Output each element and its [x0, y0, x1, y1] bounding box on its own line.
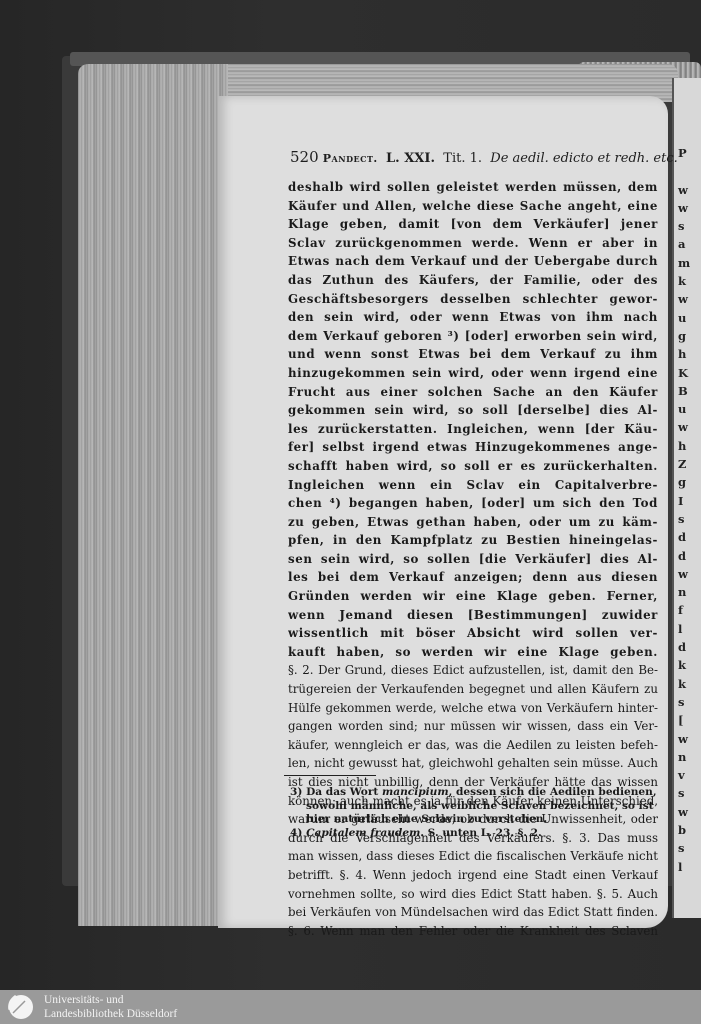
facing-page-fragment: s [678, 693, 690, 711]
facing-page-fragment: g [678, 473, 690, 491]
library-book-logo-icon [5, 993, 35, 1021]
text-line: pfen, in den Kampfplatz zu Bestien hinei… [288, 531, 658, 550]
facing-page-fragment: w [678, 565, 690, 583]
footnote-3-line-3: hier natürlich eine Sclavin zu verstehen… [290, 813, 656, 827]
library-footer: Universitäts- und Landesbibliothek Düsse… [0, 990, 701, 1024]
text-line: kauft haben, so werden wir eine Klage ge… [288, 643, 658, 662]
library-name-line-2: Landesbibliothek Düsseldorf [44, 1007, 177, 1021]
text-line: hinzugekommen sein wird, oder wenn irgen… [288, 364, 658, 383]
text-line: Etwas nach dem Verkauf und der Uebergabe… [288, 252, 658, 271]
facing-page-fragment: m [678, 254, 690, 272]
text-line: gekommen sein wird, so soll [derselbe] d… [288, 401, 658, 420]
facing-page-fragment: u [678, 309, 690, 327]
text-line: den sein wird, oder wenn Etwas von ihm n… [288, 308, 658, 327]
facing-page-fragment: n [678, 748, 690, 766]
facing-page-fragment: l [678, 620, 690, 638]
text-line: das Zuthun des Käufers, der Familie, ode… [288, 271, 658, 290]
text-line: schafft haben wird, so soll er es zurück… [288, 457, 658, 476]
facing-page-fragment: h [678, 345, 690, 363]
facing-page-fragment: w [678, 418, 690, 436]
facing-page-fragment: l [678, 858, 690, 876]
text-line: §. 6. Wenn man den Fehler oder die Krank… [288, 922, 658, 941]
text-line: käufer, wenngleich er das, was die Aedil… [288, 736, 658, 755]
text-line: Klage geben, damit [von dem Verkäufer] j… [288, 215, 658, 234]
running-title: Pandect. [323, 152, 378, 165]
facing-page-fragment: P [678, 144, 690, 162]
text-line: man wissen, dass dieses Edict die fiscal… [288, 847, 658, 866]
page-number: 520 [290, 148, 319, 166]
text-line: sen sein wird, so sollen [die Verkäufer]… [288, 550, 658, 569]
footnote-3: 3) Da das Wort mancipium, dessen sich di… [290, 786, 656, 800]
text-line: Sclav zurückgenommen werde. Wenn er aber… [288, 234, 658, 253]
text-line: les bei dem Verkauf anzeigen; denn aus d… [288, 568, 658, 587]
footnote-4: 4) Capitalem fraudem. S. unten L. 23. §.… [290, 827, 656, 841]
facing-page-fragment: v [678, 766, 690, 784]
facing-page-fragment [678, 162, 690, 180]
facing-page-fragment: h [678, 437, 690, 455]
footnote-4-latin-term: Capitalem fraudem. [306, 827, 424, 839]
facing-page-fragment: [ [678, 711, 690, 729]
facing-page-fragment: s [678, 510, 690, 528]
facing-page-fragment: w [678, 290, 690, 308]
page-block-side-edge [78, 64, 228, 926]
library-name: Universitäts- und Landesbibliothek Düsse… [44, 993, 177, 1021]
facing-page-fragment: k [678, 272, 690, 290]
facing-page-fragment: b [678, 821, 690, 839]
facing-page-fragment: w [678, 199, 690, 217]
footnotes: 3) Da das Wort mancipium, dessen sich di… [290, 786, 656, 840]
facing-page-fragment: I [678, 492, 690, 510]
facing-page-fragment: d [678, 528, 690, 546]
library-name-line-1: Universitäts- und [44, 993, 177, 1007]
text-line: wenn Jemand diesen [Bestimmungen] zuwide… [288, 606, 658, 625]
facing-page-fragment: Z [678, 455, 690, 473]
facing-page-fragment: w [678, 181, 690, 199]
facing-page-fragment: f [678, 601, 690, 619]
text-line: len, nicht gewusst hat, gleichwohl gehal… [288, 754, 658, 773]
facing-page-fragment: k [678, 656, 690, 674]
text-line: betrifft. §. 4. Wenn jedoch irgend eine … [288, 866, 658, 885]
facing-page-fragment: k [678, 675, 690, 693]
facing-page-fragment: B [678, 382, 690, 400]
text-line: gangen worden sind; nur müssen wir wisse… [288, 717, 658, 736]
facing-page-fragment: u [678, 400, 690, 418]
footnote-3-text-cont: , dessen sich die Aedilen bedienen, [449, 786, 657, 798]
footnote-3-latin-term: mancipium [382, 786, 449, 798]
facing-page-fragment: d [678, 638, 690, 656]
book-page: 520 Pandect. L. XXI. Tit. 1. De aedil. e… [218, 96, 668, 928]
facing-page-fragment: w [678, 730, 690, 748]
text-line: zu geben, Etwas gethan haben, oder um zu… [288, 513, 658, 532]
facing-page-text-fragments: PwwsamkwughKBuwhZgIsddwnfldkks[wnvswbsl [678, 144, 690, 876]
text-line: Ingleichen wenn ein Sclav ein Capitalver… [288, 476, 658, 495]
title-number: Tit. 1. [443, 151, 482, 166]
footnote-3-line-2: sowohl männliche, als weibliche Sclaven … [290, 800, 656, 814]
text-line: wissentlich mit böser Absicht wird solle… [288, 624, 658, 643]
text-line: bei Verkäufen von Mündelsachen wird das … [288, 903, 658, 922]
facing-page-fragment: K [678, 364, 690, 382]
text-line: Frucht aus einer solchen Sache an den Kä… [288, 383, 658, 402]
text-line: Hülfe gekommen werde, welche etwa von Ve… [288, 699, 658, 718]
facing-page-fragment: s [678, 217, 690, 235]
facing-page-fragment: w [678, 803, 690, 821]
facing-page-fragment: s [678, 839, 690, 857]
facing-page-fragment: a [678, 235, 690, 253]
book-number: L. XXI. [386, 151, 435, 166]
facing-page: PwwsamkwughKBuwhZgIsddwnfldkks[wnvswbsl [672, 78, 701, 918]
section-subject: De aedil. edicto et redh. etc. [490, 151, 677, 166]
footnote-3-text: 3) Da das Wort [290, 786, 382, 798]
text-line: und wenn sonst Etwas bei dem Verkauf zu … [288, 345, 658, 364]
footnote-4-marker: 4) [290, 827, 306, 839]
text-line: dem Verkauf geboren ³) [oder] erworben s… [288, 327, 658, 346]
text-line: chen ⁴) begangen haben, [oder] um sich d… [288, 494, 658, 513]
text-line: Gründen werden wir eine Klage geben. Fer… [288, 587, 658, 606]
text-line: trügereien der Verkaufenden begegnet und… [288, 680, 658, 699]
facing-page-fragment: s [678, 784, 690, 802]
text-line: fer] selbst irgend etwas Hinzugekommenes… [288, 438, 658, 457]
running-header: 520 Pandect. L. XXI. Tit. 1. De aedil. e… [290, 148, 660, 168]
text-line: §. 2. Der Grund, dieses Edict aufzustell… [288, 661, 658, 680]
footnote-4-reference: S. unten L. 23. §. 2. [424, 827, 542, 839]
text-line: Geschäftsbesorgers desselben schlechter … [288, 290, 658, 309]
facing-page-fragment: g [678, 327, 690, 345]
facing-page-fragment: n [678, 583, 690, 601]
footnote-separator [284, 775, 376, 776]
facing-page-fragment: d [678, 547, 690, 565]
text-line: deshalb wird sollen geleistet werden müs… [288, 178, 658, 197]
edict-text-block: deshalb wird sollen geleistet werden müs… [288, 178, 658, 661]
text-line: vornehmen sollte, so wird dies Edict Sta… [288, 885, 658, 904]
text-line: Käufer und Allen, welche diese Sache ang… [288, 197, 658, 216]
text-line: les zurückerstatten. Ingleichen, wenn [d… [288, 420, 658, 439]
